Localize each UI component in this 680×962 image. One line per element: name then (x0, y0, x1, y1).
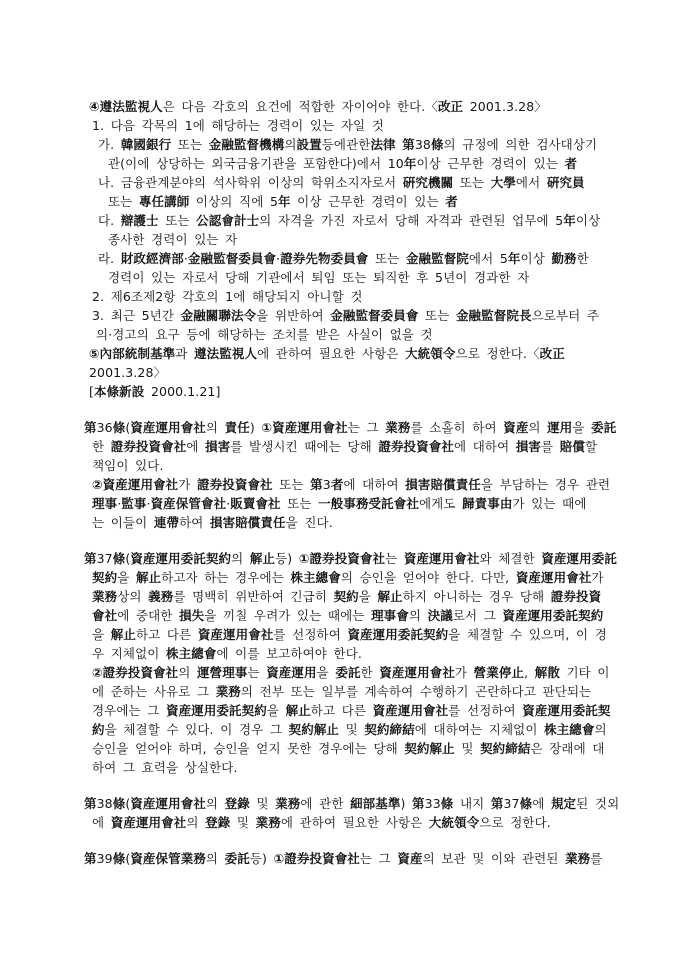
text-line: 라. 財政經濟部·金融監督委員會·證券先物委員會 또는 金融監督院에서 5年이상… (84, 249, 629, 268)
text-line: 1. 다음 각목의 1에 해당하는 경력이 있는 자일 것 (84, 116, 629, 135)
text-line: 3. 최근 5년간 金融關聯法令을 위반하여 金融監督委員會 또는 金融監督院長… (84, 306, 629, 325)
text-line: 約을 체결할 수 있다. 이 경우 그 契約解止 및 契約締結에 대하여는 지체… (84, 720, 629, 739)
text-line: 第36條(資産運用會社의 責任) ①資産運用會社는 그 業務를 소홀히 하여 資… (84, 418, 629, 437)
text-line: 는 이들이 連帶하여 損害賠償責任을 진다. (84, 513, 629, 532)
text-line: 우 지체없이 株主總會에 이를 보고하여야 한다. (84, 644, 629, 663)
text-line: ④遵法監視人은 다음 각호의 요건에 적합한 자이어야 한다.〈改正 2001.… (84, 97, 629, 116)
text-line: 業務상의 義務를 명백히 위반하여 긴급히 契約을 解止하지 아니하는 경우 당… (84, 587, 629, 606)
text-line: 종사한 경력이 있는 자 (84, 230, 629, 249)
text-line: 한 證券投資會社에 損害를 발생시킨 때에는 당해 證券投資會社에 대하여 損害… (84, 437, 629, 456)
text-line: 가. 韓國銀行 또는 金融監督機構의設置등에관한法律 第38條의 규정에 의한 … (84, 135, 629, 154)
text-line: 경력이 있는 자로서 당해 기관에서 퇴임 또는 퇴직한 후 5년이 경과한 자 (84, 268, 629, 287)
text-line: 第38條(資産運用會社의 登錄 및 業務에 관한 細部基準) 第33條 내지 第… (84, 794, 629, 813)
document-text: ④遵法監視人은 다음 각호의 요건에 적합한 자이어야 한다.〈改正 2001.… (84, 97, 629, 868)
text-line: 의·경고의 요구 등에 해당하는 조치를 받은 사실이 없을 것 (84, 325, 629, 344)
text-line: 理事·監事·資産保管會社·販賣會社 또는 一般事務受託會社에게도 歸責事由가 있… (84, 494, 629, 513)
text-line: 第37條(資産運用委託契約의 解止등) ①證券投資會社는 資産運用會社와 체결한… (84, 549, 629, 568)
text-line: 2. 제6조제2항 각호의 1에 해당되지 아니할 것 (84, 287, 629, 306)
text-line: 나. 금융관계분야의 석사학위 이상의 학위소지자로서 硏究機關 또는 大學에서… (84, 173, 629, 192)
text-line: ②證券投資會社의 運營理事는 資産運用을 委託한 資産運用會社가 營業停止, 解… (84, 663, 629, 682)
text-line: 2001.3.28〉 (84, 363, 629, 382)
text-line: 에 준하는 사유로 그 業務의 전부 또는 일부를 계속하여 수행하기 곤란하다… (84, 682, 629, 701)
text-line: 관(이에 상당하는 외국금융기관을 포함한다)에서 10年이상 근무한 경력이 … (84, 154, 629, 173)
text-line: 第39條(資産保管業務의 委託등) ①證券投資會社는 그 資産의 보관 및 이와… (84, 849, 629, 868)
text-line: 또는 專任講師 이상의 직에 5年 이상 근무한 경력이 있는 者 (84, 192, 629, 211)
text-line: [本條新設 2000.1.21] (84, 382, 629, 401)
text-line: 契約을 解止하고자 하는 경우에는 株主總會의 승인을 얻어야 한다. 다만, … (84, 568, 629, 587)
text-line: 을 解止하고 다른 資産運用會社를 선정하여 資産運用委託契約을 체결할 수 있… (84, 625, 629, 644)
text-line: 다. 辯護士 또는 公認會計士의 자격을 가진 자로서 당해 자격과 관련된 업… (84, 211, 629, 230)
text-line: ②資産運用會社가 證券投資會社 또는 第3者에 대하여 損害賠償責任을 부담하는… (84, 475, 629, 494)
text-line: 會社에 중대한 損失을 끼칠 우려가 있는 때에는 理事會의 決議로서 그 資産… (84, 606, 629, 625)
text-line: 경우에는 그 資産運用委託契約을 解止하고 다른 資産運用會社를 선정하여 資産… (84, 701, 629, 720)
text-line: 승인을 얻어야 하며, 승인을 얻지 못한 경우에는 당해 契約解止 및 契約締… (84, 739, 629, 758)
scanned-document-page: ④遵法監視人은 다음 각호의 요건에 적합한 자이어야 한다.〈改正 2001.… (0, 0, 680, 962)
text-line: 에 資産運用會社의 登錄 및 業務에 관하여 필요한 사항은 大統領令으로 정한… (84, 813, 629, 832)
text-line: 하여 그 효력을 상실한다. (84, 758, 629, 777)
text-line: 책임이 있다. (84, 456, 629, 475)
text-line: ⑤內部統制基準과 遵法監視人에 관하여 필요한 사항은 大統領令으로 정한다.〈… (84, 344, 629, 363)
